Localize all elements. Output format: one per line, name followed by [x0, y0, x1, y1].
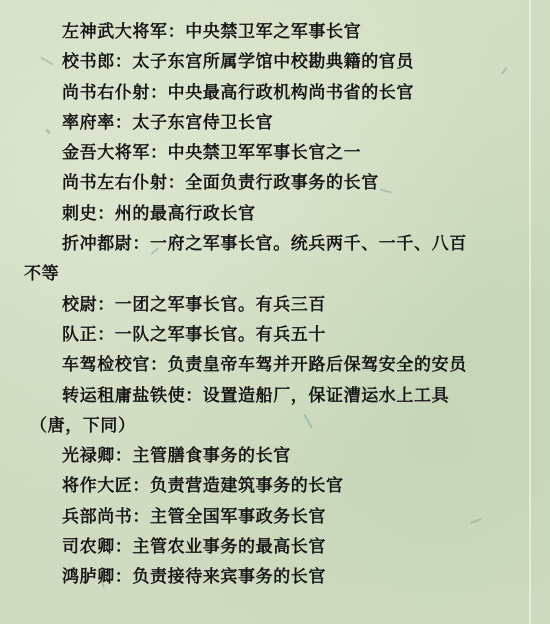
list-item-continuation: 不等: [0, 259, 520, 289]
list-item: 校尉：一团之军事长官。有兵三百: [0, 290, 520, 320]
list-item: 队正：一队之军事长官。有兵五十: [0, 320, 520, 350]
officials-list: 左神武大将军：中央禁卫军之军事长官 校书郎：太子东宫所属学馆中校勘典籍的官员 尚…: [0, 17, 520, 593]
list-item: 刺史：州的最高行政长官: [0, 199, 520, 229]
list-item-continuation: （唐，下同）: [0, 411, 520, 441]
list-item: 金吾大将军：中央禁卫军军事长官之一: [0, 138, 520, 168]
list-item: 鸿胪卿：负责接待来宾事务的长官: [0, 562, 520, 592]
list-item: 率府率：太子东宫侍卫长官: [0, 108, 520, 138]
list-item: 兵部尚书：主管全国军事政务长官: [0, 502, 520, 532]
list-item: 左神武大将军：中央禁卫军之军事长官: [0, 17, 520, 47]
list-item: 车驾检校官：负责皇帝车驾并开路后保驾安全的安员: [0, 350, 520, 380]
list-item: 尚书右仆射：中央最高行政机构尚书省的长官: [0, 78, 520, 108]
list-item: 转运租庸盐铁使：设置造船厂，保证漕运水上工具: [0, 381, 520, 411]
list-item: 将作大匠：负责营造建筑事务的长官: [0, 471, 520, 501]
list-item: 光禄卿：主管膳食事务的长官: [0, 441, 520, 471]
list-item: 司农卿：主管农业事务的最高长官: [0, 532, 520, 562]
list-item: 尚书左右仆射：全面负责行政事务的长官: [0, 168, 520, 198]
vertical-rule: [529, 0, 531, 624]
list-item: 校书郎：太子东宫所属学馆中校勘典籍的官员: [0, 47, 520, 77]
list-item: 折冲都尉：一府之军事长官。统兵两千、一千、八百: [0, 229, 520, 259]
